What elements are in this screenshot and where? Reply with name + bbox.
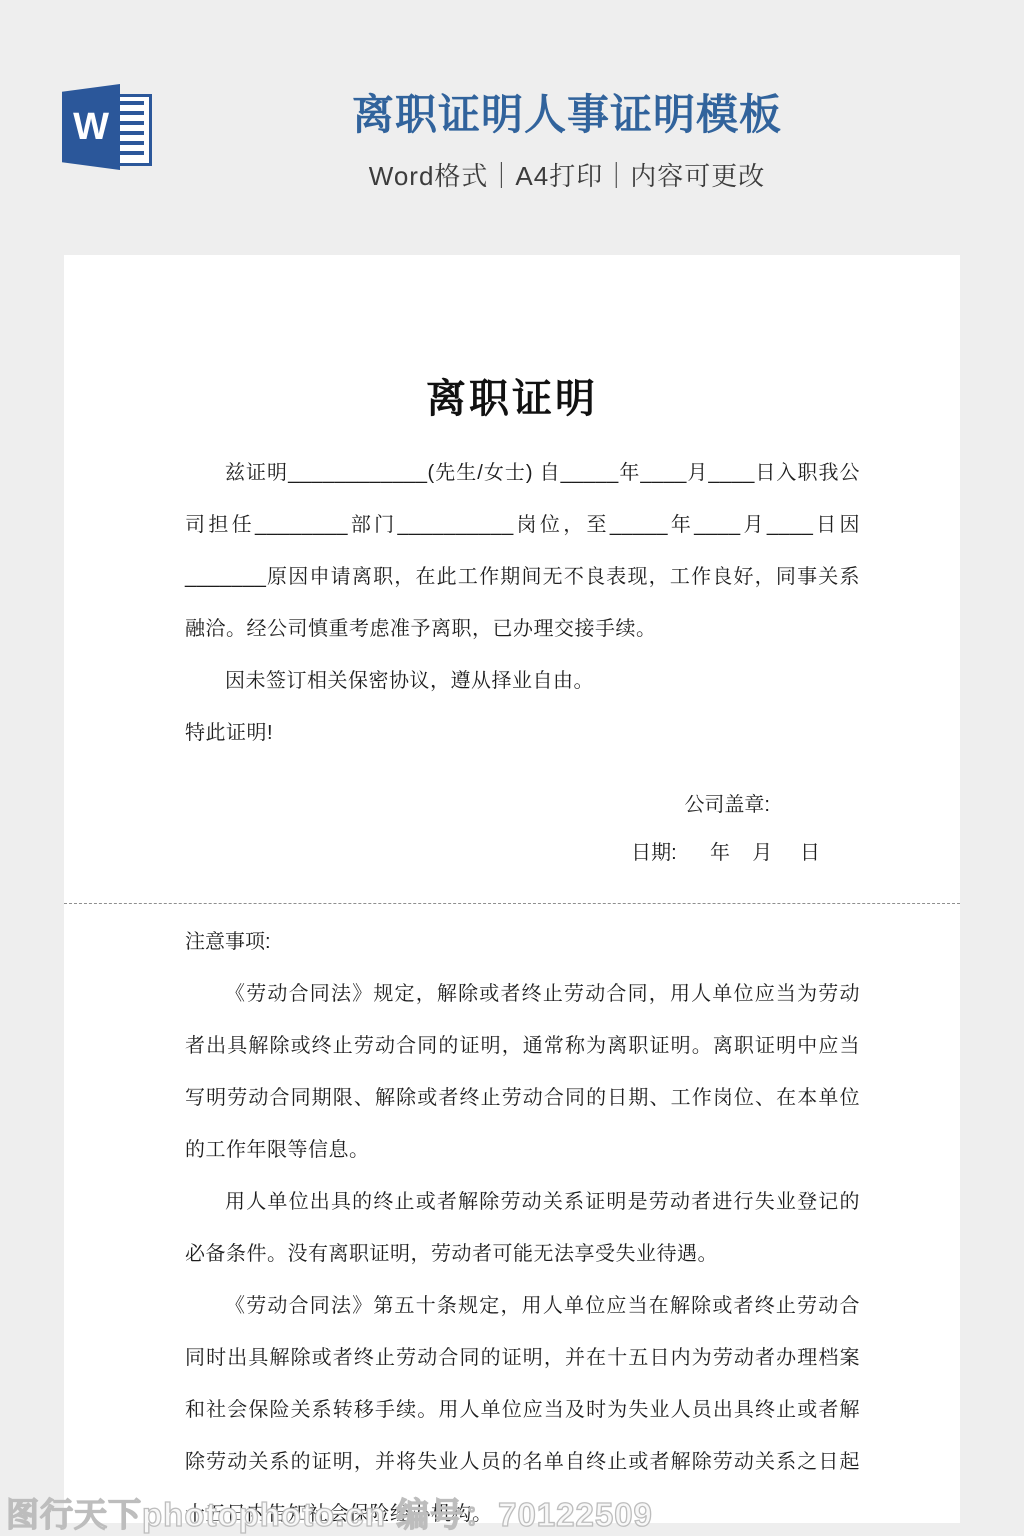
template-title: 离职证明人事证明模板 xyxy=(160,90,974,140)
section-divider xyxy=(64,903,960,904)
note-paragraph: 《劳动合同法》规定，解除或者终止劳动合同，用人单位应当为劳动者出具解除或终止劳动… xyxy=(185,968,860,1176)
app-background: W 离职证明人事证明模板 Word格式｜A4打印｜内容可更改 离职证明 兹证明_… xyxy=(0,0,1024,1536)
signature-block: 公司盖章: 日期: 年 月 日 xyxy=(185,781,860,877)
word-icon-letter: W xyxy=(73,106,109,149)
date-line: 日期: 年 月 日 xyxy=(185,829,860,877)
body-paragraph: 因未签订相关保密协议，遵从择业自由。 xyxy=(185,655,860,707)
watermark-text: 图行天下photophoto.cn 编号：70122509 xyxy=(6,1489,653,1536)
header-text-block: 离职证明人事证明模板 Word格式｜A4打印｜内容可更改 xyxy=(160,90,974,193)
word-icon-panel: W xyxy=(62,84,120,170)
word-icon-sheet-lines xyxy=(116,101,144,159)
word-icon: W xyxy=(62,84,152,170)
stamp-label: 公司盖章: xyxy=(185,781,860,829)
template-subtitle: Word格式｜A4打印｜内容可更改 xyxy=(160,156,974,193)
template-header: W 离职证明人事证明模板 Word格式｜A4打印｜内容可更改 xyxy=(0,0,1024,255)
note-paragraph: 用人单位出具的终止或者解除劳动关系证明是劳动者进行失业登记的必备条件。没有离职证… xyxy=(185,1176,860,1280)
document-page: 离职证明 兹证明____________(先生/女士) 自_____年____月… xyxy=(64,255,960,1523)
body-paragraph: 兹证明____________(先生/女士) 自_____年____月____日… xyxy=(185,447,860,655)
closing-paragraph: 特此证明! xyxy=(185,707,860,759)
notes-heading: 注意事项: xyxy=(185,916,860,968)
document-title: 离职证明 xyxy=(64,373,960,425)
